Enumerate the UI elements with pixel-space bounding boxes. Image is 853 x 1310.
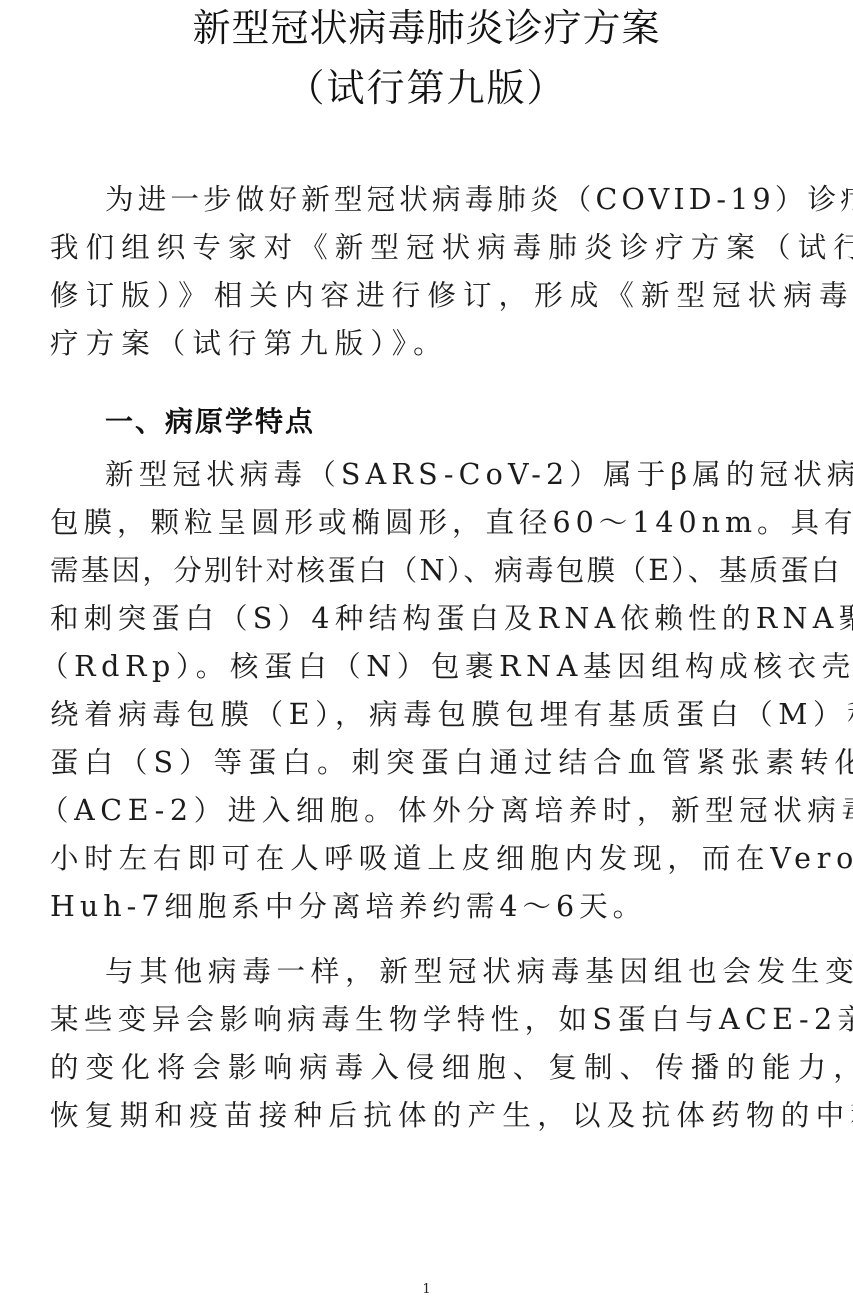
body-paragraph-line: 小时左右即可在人呼吸道上皮细胞内发现，而在Vero E6和: [50, 839, 853, 879]
body-paragraph-line: Huh-7细胞系中分离培养约需4～6天。: [50, 887, 646, 927]
body-paragraph-line: 的变化将会影响病毒入侵细胞、复制、传播的能力，康复者: [50, 1048, 853, 1088]
body-paragraph-line: 某些变异会影响病毒生物学特性，如S蛋白与ACE-2亲和力: [50, 1000, 853, 1040]
body-paragraph-line: 包膜，颗粒呈圆形或椭圆形，直径60～140nm。具有5个必: [50, 503, 853, 543]
document-page: 新型冠状病毒肺炎诊疗方案 （试行第九版） 为进一步做好新型冠状病毒肺炎（COVI…: [0, 0, 853, 1310]
body-paragraph-line: 需基因，分别针对核蛋白（N）、病毒包膜（E）、基质蛋白（M）: [50, 551, 853, 591]
intro-paragraph-line: 修订版）》相关内容进行修订，形成《新型冠状病毒肺炎诊: [50, 276, 853, 316]
intro-paragraph-line: 为进一步做好新型冠状病毒肺炎（COVID-19）诊疗工作，: [105, 180, 853, 220]
body-paragraph-line: （RdRp）。核蛋白（N）包裹RNA基因组构成核衣壳，外面围: [40, 647, 853, 687]
document-subtitle: （试行第九版）: [0, 66, 853, 110]
intro-paragraph-line: 疗方案（试行第九版）》。: [50, 324, 449, 364]
document-title: 新型冠状病毒肺炎诊疗方案: [0, 6, 853, 50]
page-number: 1: [0, 1282, 853, 1298]
body-paragraph-line: 新型冠状病毒（SARS-CoV-2）属于β属的冠状病毒，有: [105, 455, 853, 495]
body-paragraph-line: 蛋白（S）等蛋白。刺突蛋白通过结合血管紧张素转化酶2: [50, 743, 853, 783]
body-paragraph-line: 和刺突蛋白（S）4种结构蛋白及RNA依赖性的RNA聚合酶: [50, 599, 853, 639]
body-paragraph-line: 绕着病毒包膜（E），病毒包膜包埋有基质蛋白（M）和刺突: [50, 695, 853, 735]
body-paragraph-line: 与其他病毒一样，新型冠状病毒基因组也会发生变异，: [105, 952, 853, 992]
intro-paragraph-line: 我们组织专家对《新型冠状病毒肺炎诊疗方案（试行第八版: [50, 228, 853, 268]
section-heading: 一、病原学特点: [105, 402, 315, 442]
body-paragraph-line: 恢复期和疫苗接种后抗体的产生，以及抗体药物的中和能力，: [50, 1096, 853, 1136]
body-paragraph-line: （ACE-2）进入细胞。体外分离培养时，新型冠状病毒96个: [40, 791, 853, 831]
